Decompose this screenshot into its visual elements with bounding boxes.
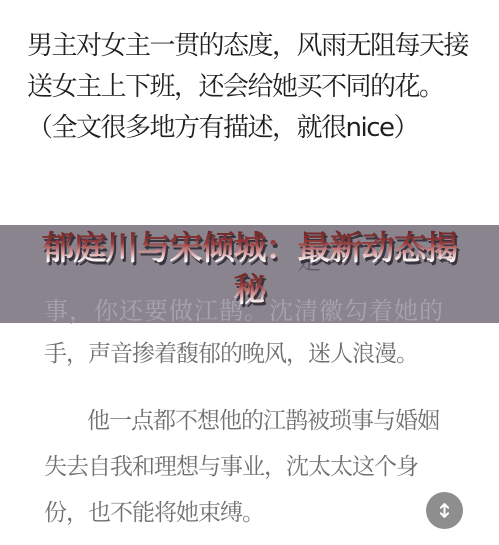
top-note-line: 送女主上下班，还会给她买不同的花。 xyxy=(27,67,487,108)
up-down-arrow-icon xyxy=(433,499,456,522)
article-line: 份，也不能将她束缚。 xyxy=(44,494,264,527)
article-line: 失去自我和理想与事业，沈太太这个身 xyxy=(44,448,418,481)
banner-title-line2: 秘 xyxy=(0,269,499,311)
reader-page: 男主对女主一贯的态度，风雨无阻每天接 送女主上下班，还会给她买不同的花。 （全文… xyxy=(0,0,499,545)
banner-title-line1: 郁庭川与宋倾城：最新动态揭 xyxy=(0,227,499,269)
top-note-line: （全文很多地方有描述，就很nice） xyxy=(27,108,487,149)
top-note-line: 男主对女主一贯的态度，风雨无阻每天接 xyxy=(27,26,487,67)
top-note-paragraph: 男主对女主一贯的态度，风雨无阻每天接 送女主上下班，还会给她买不同的花。 （全文… xyxy=(27,26,487,149)
title-banner-overlay[interactable]: 是 事，你还要做江鹊。沈清徽勾着她的 郁庭川与宋倾城：最新动态揭 秘 xyxy=(0,225,499,323)
banner-title: 郁庭川与宋倾城：最新动态揭 秘 xyxy=(0,227,499,311)
article-line: 他一点都不想他的江鹊被琐事与婚姻 xyxy=(87,402,439,435)
scroll-expand-button[interactable] xyxy=(426,492,463,529)
article-line: 手，声音掺着馥郁的晚风，迷人浪漫。 xyxy=(44,335,418,368)
